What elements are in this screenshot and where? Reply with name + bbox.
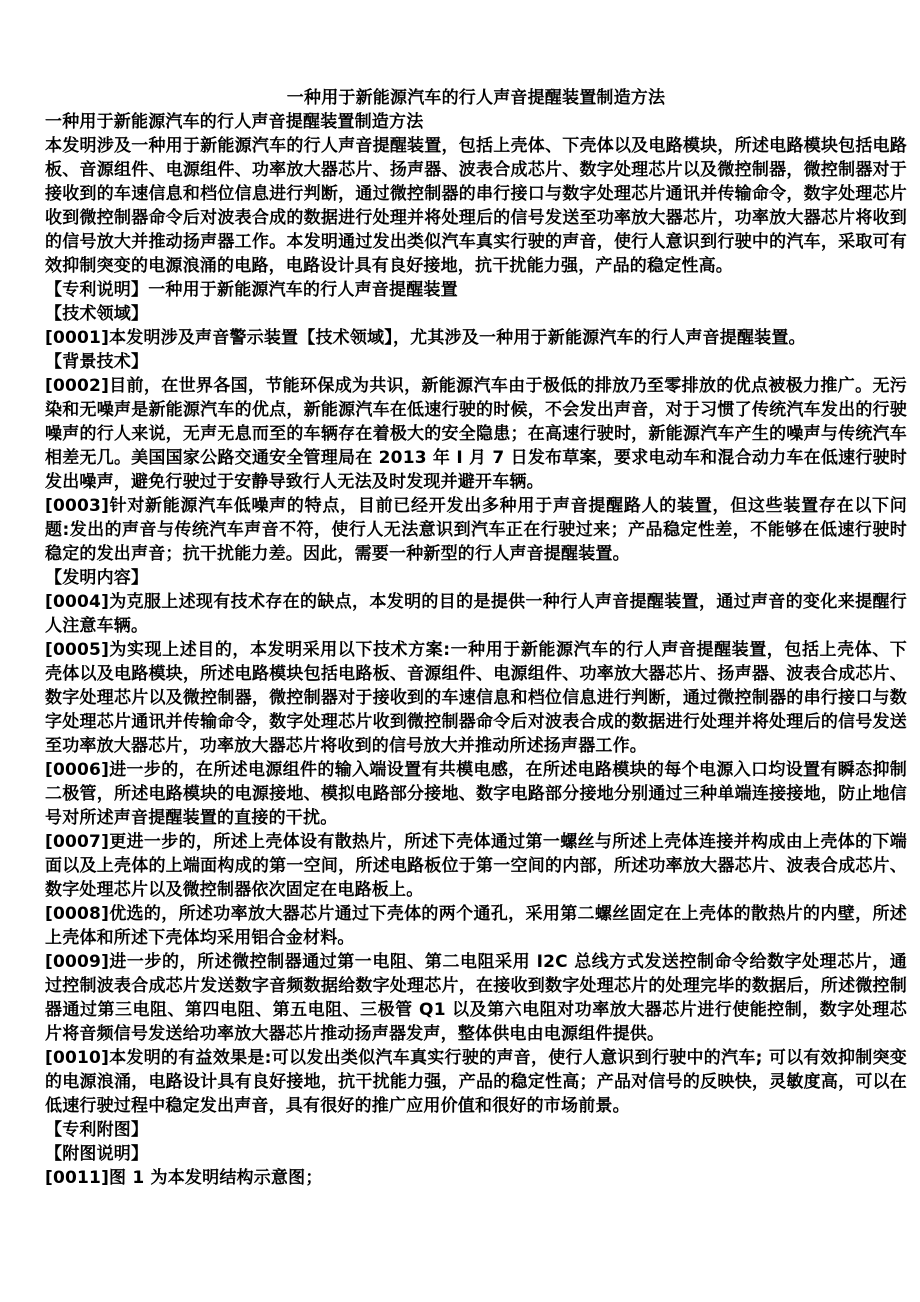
paragraph-0007: [0007]更进一步的，所述上壳体设有散热片，所述下壳体通过第一螺丝与所述上壳体… bbox=[45, 830, 907, 902]
document-title: 一种用于新能源汽车的行人声音提醒装置制造方法 bbox=[45, 86, 907, 110]
paragraph-0011: [0011]图 1 为本发明结构示意图； bbox=[45, 1166, 907, 1190]
paragraph-0003: [0003]针对新能源汽车低噪声的特点，目前已经开发出多种用于声音提醒路人的装置… bbox=[45, 494, 907, 566]
section-heading-figure-description: 【附图说明】 bbox=[45, 1142, 907, 1166]
paragraph-0004: [0004]为克服上述现有技术存在的缺点，本发明的目的是提供一种行人声音提醒装置… bbox=[45, 590, 907, 638]
patent-document-page: 一种用于新能源汽车的行人声音提醒装置制造方法 一种用于新能源汽车的行人声音提醒装… bbox=[0, 0, 920, 1302]
abstract-paragraph: 本发明涉及一种用于新能源汽车的行人声音提醒装置，包括上壳体、下壳体以及电路模块，… bbox=[45, 134, 907, 278]
paragraph-0009: [0009]进一步的，所述微控制器通过第一电阻、第二电阻采用 I2C 总线方式发… bbox=[45, 950, 907, 1046]
paragraph-0001: [0001]本发明涉及声音警示装置【技术领域】，尤其涉及一种用于新能源汽车的行人… bbox=[45, 326, 907, 350]
paragraph-0010: [0010]本发明的有益效果是:可以发出类似汽车真实行驶的声音，使行人意识到行驶… bbox=[45, 1046, 907, 1118]
document-content: 一种用于新能源汽车的行人声音提醒装置制造方法 一种用于新能源汽车的行人声音提醒装… bbox=[45, 86, 907, 1190]
section-heading-patent-figures: 【专利附图】 bbox=[45, 1118, 907, 1142]
subtitle-line: 一种用于新能源汽车的行人声音提醒装置制造方法 bbox=[45, 110, 907, 134]
paragraph-0006: [0006]进一步的，在所述电源组件的输入端设置有共模电感，在所述电路模块的每个… bbox=[45, 758, 907, 830]
patent-description-line: 【专利说明】一种用于新能源汽车的行人声音提醒装置 bbox=[45, 278, 907, 302]
paragraph-0008: [0008]优选的，所述功率放大器芯片通过下壳体的两个通孔，采用第二螺丝固定在上… bbox=[45, 902, 907, 950]
section-heading-technical-field: 【技术领域】 bbox=[45, 302, 907, 326]
section-heading-invention-content: 【发明内容】 bbox=[45, 566, 907, 590]
section-heading-background: 【背景技术】 bbox=[45, 350, 907, 374]
paragraph-0002: [0002]目前，在世界各国，节能环保成为共识，新能源汽车由于极低的排放乃至零排… bbox=[45, 374, 907, 494]
paragraph-0005: [0005]为实现上述目的，本发明采用以下技术方案:一种用于新能源汽车的行人声音… bbox=[45, 638, 907, 758]
